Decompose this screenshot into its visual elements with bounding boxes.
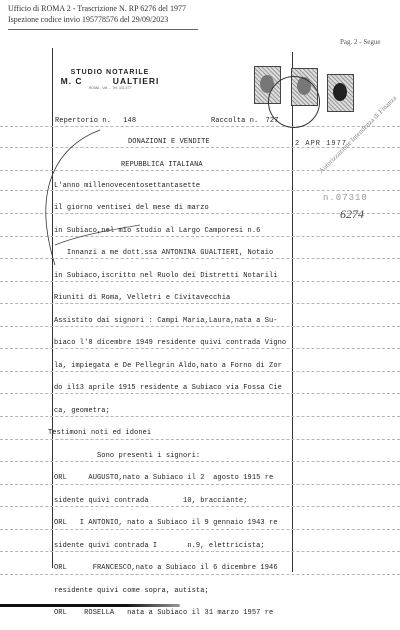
- letterhead-title: STUDIO NOTARILE: [40, 69, 180, 76]
- body-line: sidente quivi contrada 10, bracciante;: [54, 497, 248, 505]
- header-divider: [8, 29, 198, 30]
- body-line: Sono presenti i signori:: [54, 452, 200, 460]
- raccolta-row: Raccolta n. 727: [211, 117, 279, 125]
- body-line: Riuniti di Roma, Velletri e Civitavecchi…: [54, 294, 230, 302]
- page-indicator: Pag. 2 - Segue: [340, 38, 380, 46]
- notary-letterhead: STUDIO NOTARILE M. C UALTIERI ROMA - Via…: [40, 69, 180, 90]
- body-line: do il13 aprile 1915 residente a Subiaco …: [54, 384, 282, 392]
- letterhead-address: ROMA - Via ... Tel. 331.577: [40, 86, 180, 90]
- header-line-1: Ufficio di ROMA 2 - Trascrizione N. RP 6…: [8, 3, 186, 14]
- document-subtitle: REPUBBLICA ITALIANA: [121, 161, 203, 169]
- body-line: il giorno ventisei del mese di marzo: [54, 204, 209, 212]
- raccolta-number: 727: [266, 117, 279, 125]
- body-line: ca, geometra;: [54, 407, 110, 415]
- body-line: ORL ROSELLA nata a Subiaco il 31 marzo 1…: [54, 609, 273, 617]
- body-line: in Subiaco,iscritto nel Ruolo dei Distre…: [54, 272, 278, 280]
- body-line: in Subiaco,nel mio studio al Largo Campo…: [54, 227, 260, 235]
- handwritten-number: 6274: [340, 207, 364, 222]
- raccolta-label: Raccolta n.: [211, 117, 258, 125]
- authorization-number: n.07310: [323, 193, 368, 203]
- body-line: biaco l'8 dicembre 1949 residente quivi …: [54, 339, 286, 347]
- revenue-stamp-3: [327, 74, 354, 112]
- transcription-header: Ufficio di ROMA 2 - Trascrizione N. RP 6…: [8, 3, 186, 25]
- repertorio-number: 148: [123, 117, 136, 125]
- body-line: Assistito dai signori : Campi Maria,Laur…: [54, 317, 278, 325]
- body-line: Innanzi a me dott.ssa ANTONINA GUALTIERI…: [54, 249, 273, 257]
- body-line: sidente quivi contrada I n.9, elettricis…: [54, 542, 265, 550]
- right-margin-line: [292, 52, 293, 572]
- body-line: ORL AUGUSTO,nato a Subiaco il 2 agosto 1…: [54, 474, 273, 482]
- body-line: la, impiegata e De Pellegrin Aldo,nato a…: [54, 362, 282, 370]
- body-line: residente quivi come sopra, autista;: [54, 587, 209, 595]
- repertorio-label: Repertorio n.: [55, 117, 111, 125]
- body-line: ORL FRANCESCO,nato a Subiaco il 6 dicemb…: [54, 564, 278, 572]
- header-line-2: Ispezione codice invio 195778576 del 29/…: [8, 14, 186, 25]
- letterhead-name: M. C UALTIERI: [40, 76, 180, 86]
- repertorio-row: Repertorio n. 148: [55, 117, 136, 125]
- document-title: DONAZIONI E VENDITE: [128, 138, 210, 146]
- body-line: L'anno millenovecentosettantasette: [54, 182, 200, 190]
- body-line: Testimoni noti ed idonei: [48, 429, 151, 437]
- scan-edge-shadow: [0, 604, 180, 607]
- body-line: ORL I ANTONIO, nato a Subiaco il 9 genna…: [54, 519, 278, 527]
